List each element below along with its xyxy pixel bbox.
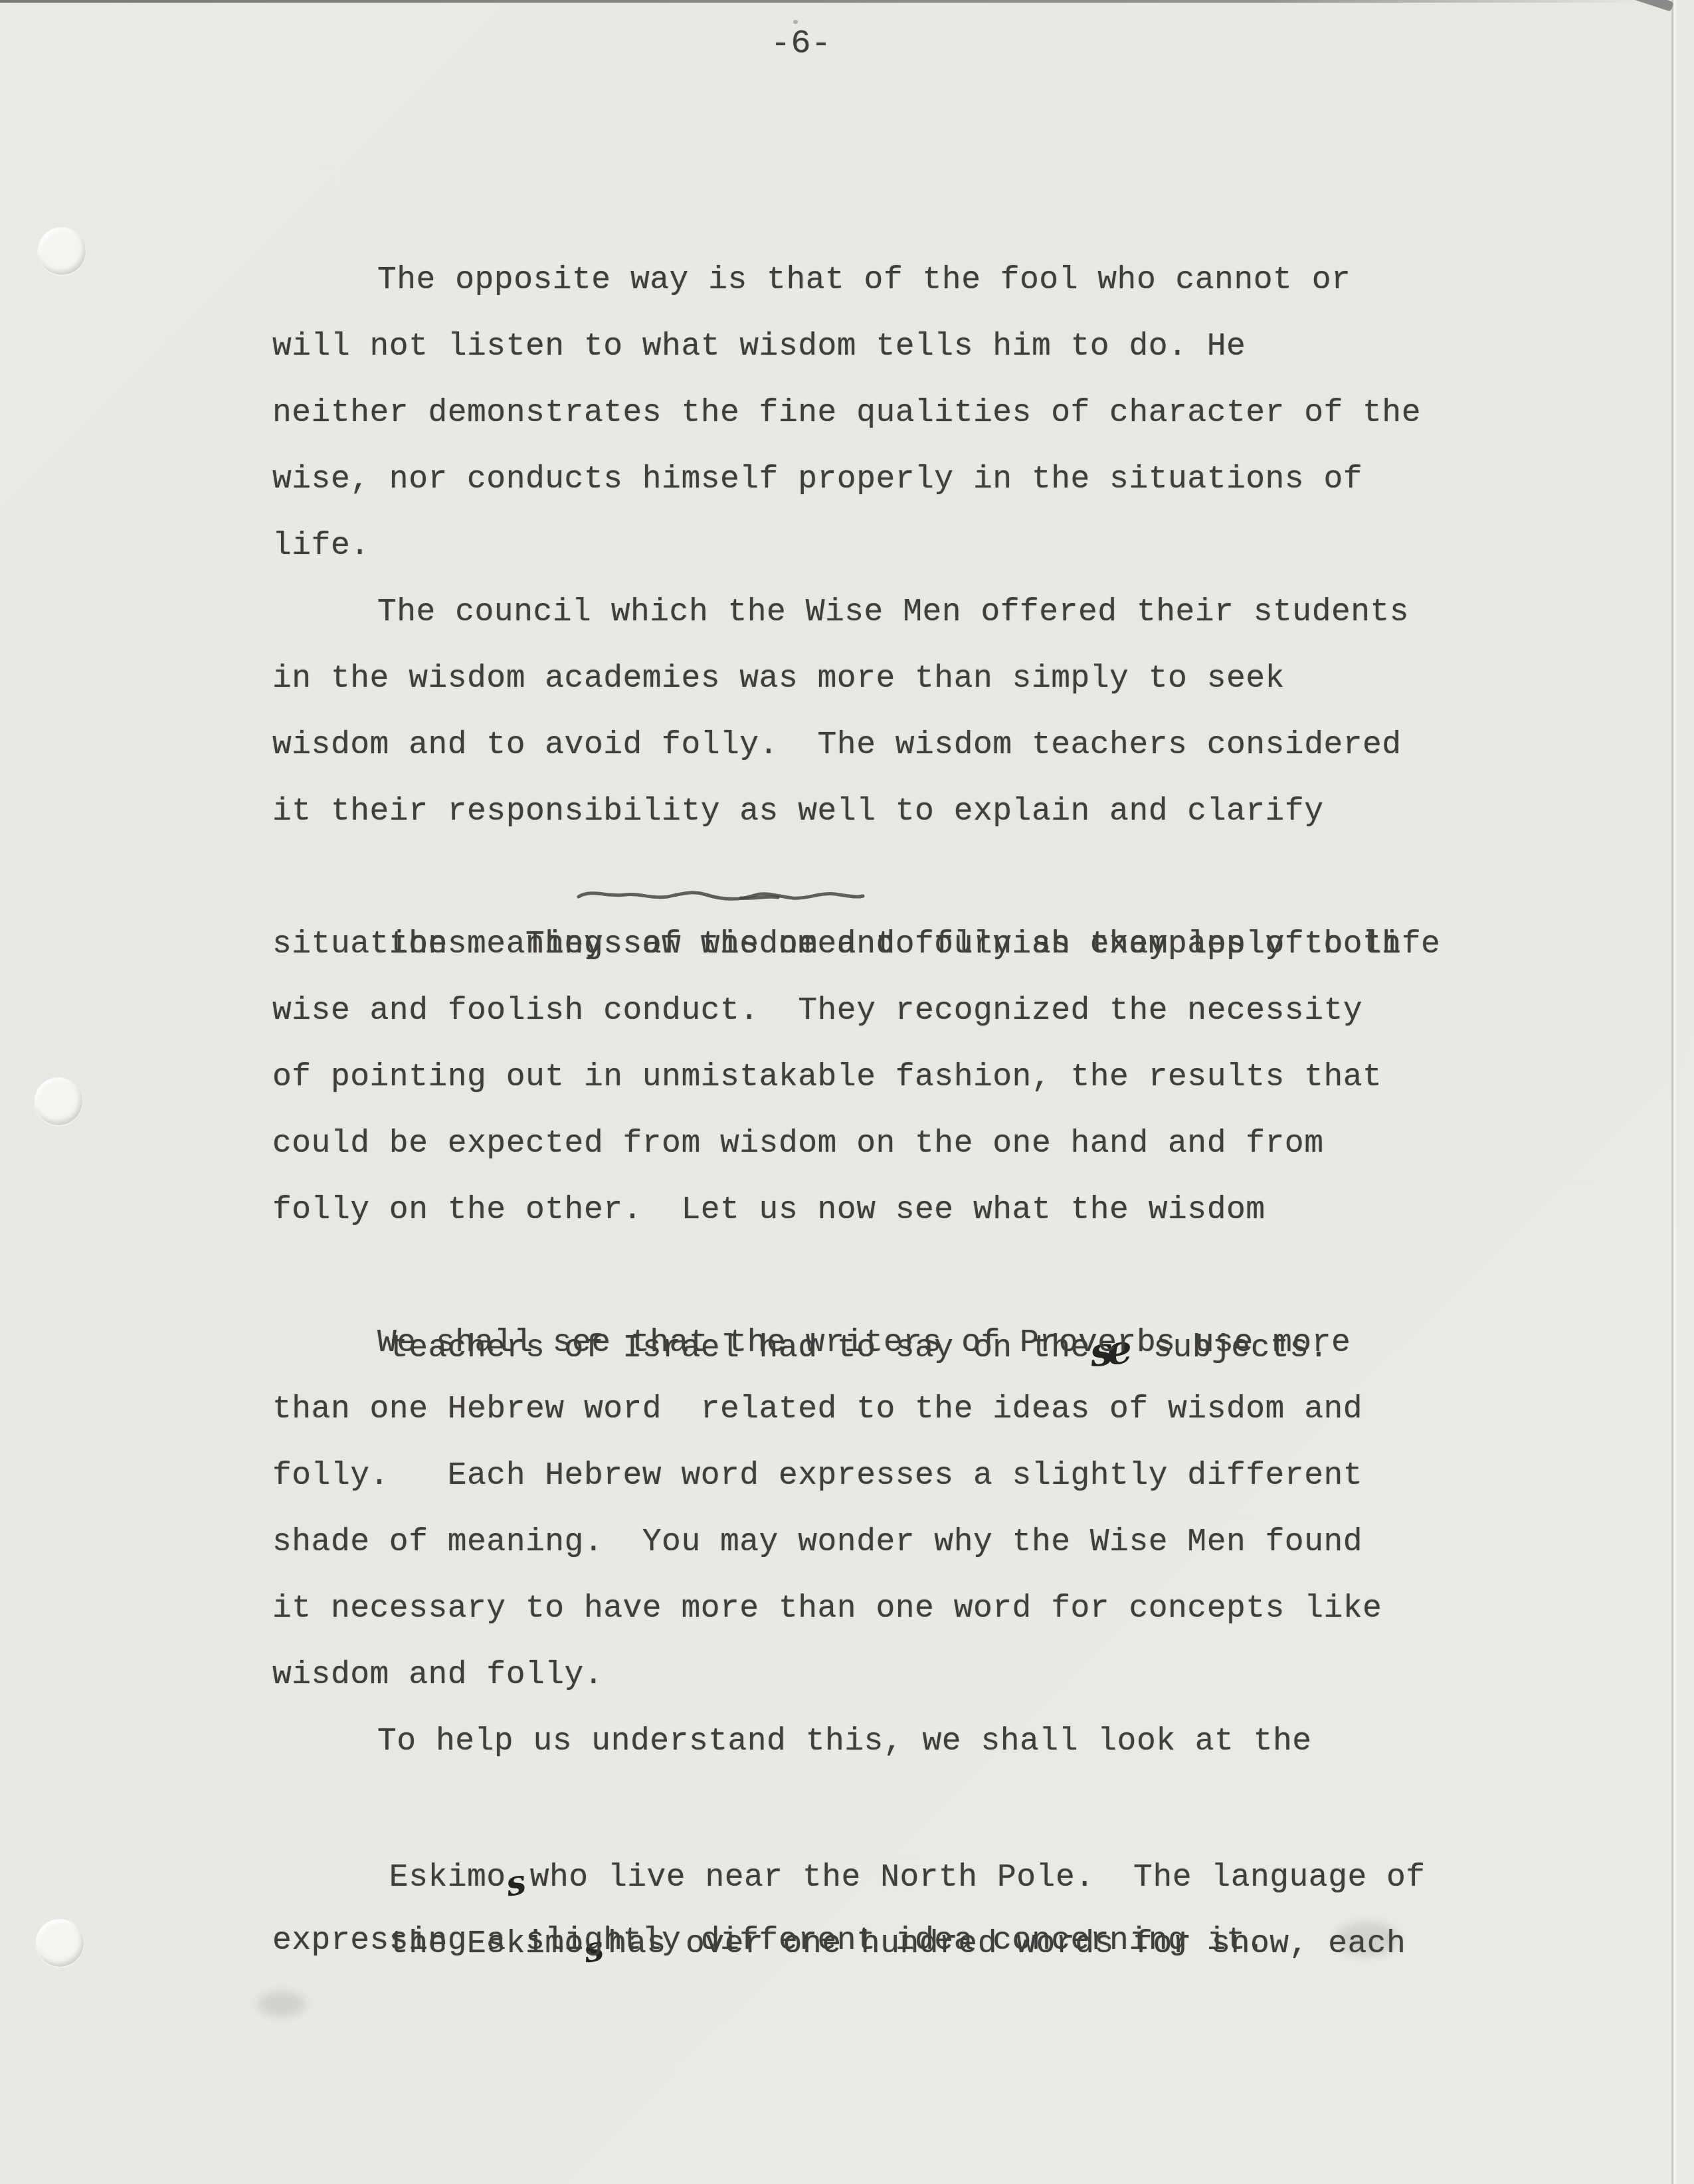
punch-hole bbox=[36, 1919, 84, 1967]
text-line: neither demonstrates the fine qualities … bbox=[272, 380, 1442, 446]
text-line: of pointing out in unmistakable fashion,… bbox=[272, 1044, 1442, 1111]
text-line: wise, nor conducts himself properly in t… bbox=[272, 446, 1442, 513]
text-line-with-correction: the Eskimoshas over one hundred words fo… bbox=[272, 1841, 1442, 1908]
text-line: folly. Each Hebrew word expresses a slig… bbox=[272, 1443, 1442, 1509]
text-line: life. bbox=[272, 513, 1442, 579]
handwritten-wavy-underline bbox=[575, 886, 867, 903]
text-line: it their responsibility as well to expla… bbox=[272, 778, 1442, 845]
text-line: folly on the other. Let us now see what … bbox=[272, 1177, 1442, 1243]
page-number: -6- bbox=[771, 25, 832, 63]
ink-speck bbox=[793, 20, 798, 24]
scan-top-edge-line bbox=[0, 0, 1694, 3]
text-line: wisdom and folly. bbox=[272, 1642, 1442, 1708]
text-line: expressing a slightly different idea con… bbox=[272, 1908, 1442, 1974]
text-line: The opposite way is that of the fool who… bbox=[272, 247, 1442, 314]
text-line-with-underline: the meanings of wisdom and folly as they… bbox=[272, 845, 1442, 911]
scanned-document-page: -6- The opposite way is that of the fool… bbox=[0, 0, 1694, 2184]
text-line: We shall see that the writers of Proverb… bbox=[272, 1310, 1442, 1376]
text-line: To help us understand this, we shall loo… bbox=[272, 1708, 1442, 1775]
typewritten-body: The opposite way is that of the fool who… bbox=[272, 247, 1442, 1974]
text-line: shade of meaning. You may wonder why the… bbox=[272, 1509, 1442, 1576]
text-line-with-correction: teachers of Israel had to say on these s… bbox=[272, 1243, 1442, 1310]
text-line: wise and foolish conduct. They recognize… bbox=[272, 978, 1442, 1044]
text-line: will not listen to what wisdom tells him… bbox=[272, 314, 1442, 380]
text-line-with-correction: Eskimoswho live near the North Pole. The… bbox=[272, 1775, 1442, 1841]
punch-hole bbox=[35, 1077, 82, 1125]
text-line: than one Hebrew word related to the idea… bbox=[272, 1376, 1442, 1443]
punch-hole bbox=[38, 227, 86, 275]
text-line: wisdom and to avoid folly. The wisdom te… bbox=[272, 712, 1442, 778]
text-line: situations. They saw the need to furnish… bbox=[272, 911, 1442, 978]
text-line: The council which the Wise Men offered t… bbox=[272, 579, 1442, 646]
page-edge-crease bbox=[1671, 0, 1673, 2184]
text-line: in the wisdom academies was more than si… bbox=[272, 646, 1442, 712]
text-line: it necessary to have more than one word … bbox=[272, 1576, 1442, 1642]
text-line: could be expected from wisdom on the one… bbox=[272, 1111, 1442, 1177]
